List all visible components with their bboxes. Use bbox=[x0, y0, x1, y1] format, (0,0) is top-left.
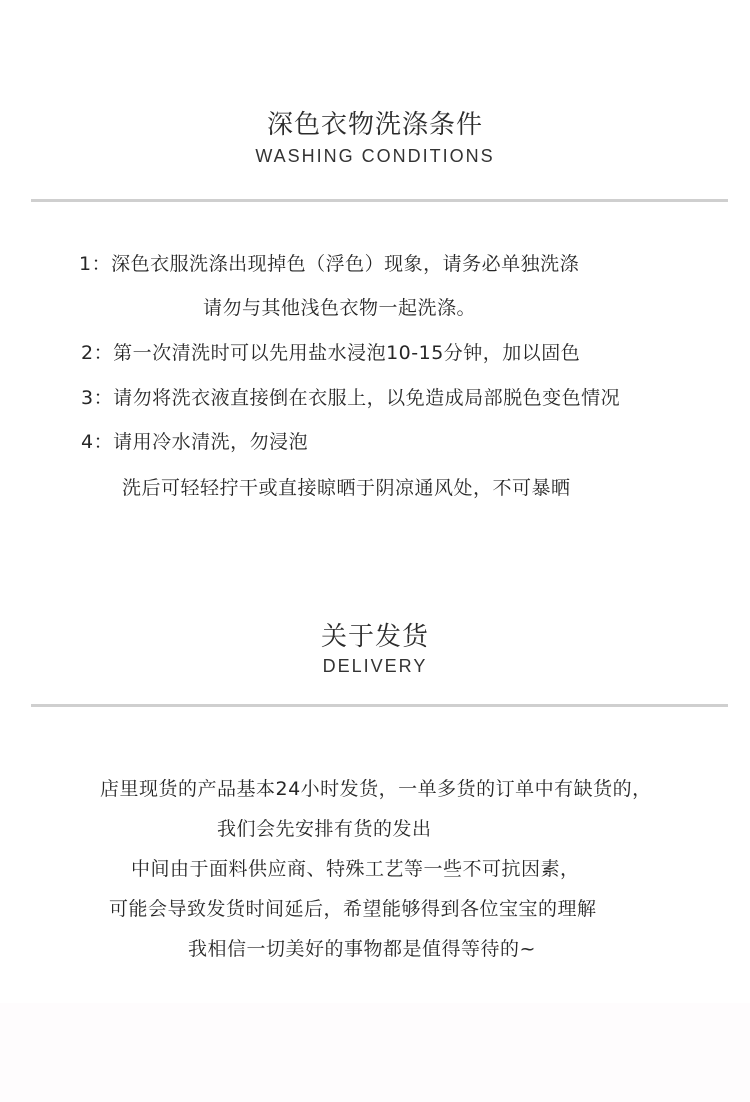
washing-title-en: WASHING CONDITIONS bbox=[0, 146, 750, 167]
delivery-line-5: 我相信一切美好的事物都是值得等待的~ bbox=[188, 937, 536, 961]
washing-line-1: 1：深色衣服洗涤出现掉色（浮色）现象，请务必单独洗涤 bbox=[79, 252, 579, 276]
delivery-line-3: 中间由于面料供应商、特殊工艺等一些不可抗因素， bbox=[131, 857, 580, 881]
delivery-title-cn: 关于发货 bbox=[0, 616, 750, 653]
washing-divider bbox=[31, 199, 728, 202]
washing-title-cn: 深色衣物洗涤条件 bbox=[0, 104, 750, 141]
bottom-background-tint bbox=[0, 1003, 750, 1102]
washing-line-4: 4：请用冷水清洗，勿浸泡 bbox=[81, 430, 308, 454]
delivery-title-en: DELIVERY bbox=[0, 656, 750, 677]
delivery-divider bbox=[31, 704, 728, 707]
washing-line-1-continued: 请勿与其他浅色衣物一起洗涤。 bbox=[203, 296, 476, 320]
washing-line-4-continued: 洗后可轻轻拧干或直接晾晒于阴凉通风处，不可暴晒 bbox=[122, 476, 571, 500]
washing-line-3: 3：请勿将洗衣液直接倒在衣服上，以免造成局部脱色变色情况 bbox=[81, 386, 620, 410]
delivery-line-2: 我们会先安排有货的发出 bbox=[217, 817, 432, 841]
delivery-line-1: 店里现货的产品基本24小时发货，一单多货的订单中有缺货的， bbox=[100, 777, 652, 801]
delivery-line-4: 可能会导致发货时间延后，希望能够得到各位宝宝的理解 bbox=[109, 897, 597, 921]
washing-line-2: 2：第一次清洗时可以先用盐水浸泡10-15分钟，加以固色 bbox=[81, 341, 580, 365]
